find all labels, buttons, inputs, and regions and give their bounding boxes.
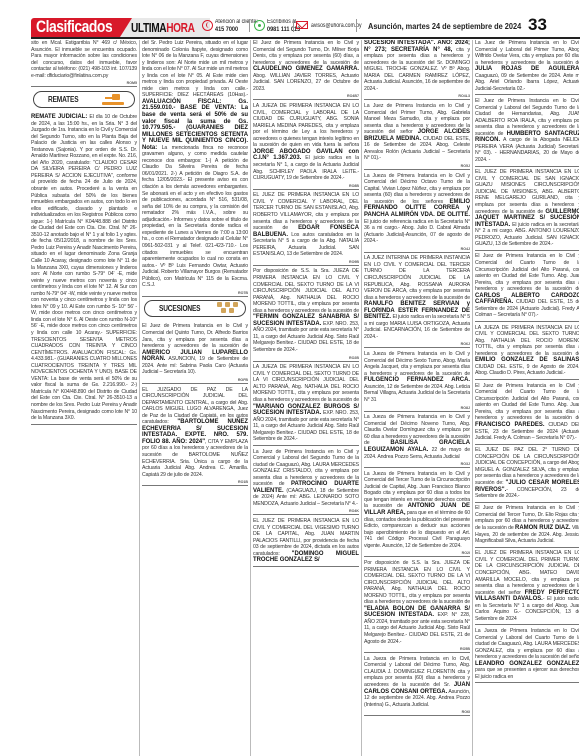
legal-notice: EL JUEZ DE PAZ DEL 2° TURNO DE CONCEPCIÓ…: [475, 447, 579, 499]
notice-text: Abog. WILLIAN JAVIER TORRES, Actuario Ju…: [253, 73, 359, 92]
notice-text: Asunción, 12 de Setiembre de 2024. Abg. …: [364, 384, 470, 403]
legal-notice: La Jueza de Primera Instancia en lo Civi…: [364, 414, 470, 460]
notice-divider: [475, 444, 579, 445]
legal-notice: EL JUEZ DE PRIMERA INSTANCIA EN LO CIVIL…: [253, 518, 359, 564]
legal-notice: LA JUEZA DE PRIMERA INSTANCIA EN LO CIVI…: [253, 364, 359, 443]
notice-reference-code: RO6I: [364, 710, 470, 714]
notice-divider: [475, 547, 579, 548]
notice-divider: [364, 169, 470, 170]
notice-divider: [364, 347, 470, 348]
notice-divider: [475, 250, 579, 251]
notice-text: El Juez de Primera Instancia en lo Civil…: [475, 383, 579, 422]
notice-reference-code: RO1B: [142, 480, 248, 484]
gavel-icon: [102, 94, 126, 105]
notice-divider: [253, 99, 359, 100]
notice-text: La Jueza de Primera Instancia en lo Civi…: [475, 628, 579, 660]
notice-highlight: RAMON RUIZ DIAZ.: [515, 524, 570, 531]
notice-text: , CITA Y EMPLAZA por 60 días a los hered…: [142, 439, 248, 478]
notice-text: Caaguazú, 09 de Setiembre de 2024. Ante …: [475, 73, 579, 92]
notice-reference-code: RO8J: [364, 406, 470, 410]
legal-notice: La Juez de Primera Instancia en lo Civil…: [253, 449, 359, 508]
notice-text: CIUDAD DEL ESTE, 9 de Agosto de 2024.- A…: [475, 364, 579, 377]
legal-notice: EL JUEZ DE PRIMERA INSTANCIA EN LO CIVIL…: [475, 169, 579, 248]
legal-notice: La Jueza de Primera Instancia en lo Civi…: [364, 656, 470, 708]
notice-text: El Juez de Primera Instancia en lo Civil…: [253, 40, 359, 66]
legal-notice: La Juez de Primera Instancia en lo Civil…: [475, 40, 579, 92]
notice-divider: [475, 624, 579, 625]
notice-reference-code: RO4K: [253, 509, 359, 513]
notice-reference-code: ROM5: [31, 81, 137, 85]
notice-reference-code: RO6J: [364, 342, 470, 346]
logo-hora: HORA: [166, 20, 194, 35]
customer-service-contact: Atención al cliente: 415 7000: [215, 19, 258, 33]
notice-divider: [142, 383, 248, 384]
notice-reference-code: RO7B: [142, 291, 248, 295]
notice-divider: [142, 296, 248, 297]
logo-ultima: ULTIMA: [131, 20, 166, 35]
mail-icon: [296, 21, 308, 29]
column-divider: [250, 40, 251, 756]
legal-notice: LA JUEZ INTERINA DE PRIMERA INSTANCIA EN…: [364, 255, 470, 340]
notice-divider: [253, 361, 359, 362]
notice-divider: [364, 652, 470, 653]
legal-notice: El Juez de Primera Instancia en lo Civil…: [475, 253, 579, 318]
dateline: Asunción, martes 24 de septiembre de 202…: [368, 22, 521, 31]
notice-text: LA JUEZA DE PRIMERA INSTANCIA EN LO CIVI…: [475, 325, 579, 357]
legal-notice: EL JUZGADO DE PAZ DE LA CIRCUNSCRIPCIÓN …: [142, 387, 248, 479]
notice-text: sito en Mcal. Estigarribia N° 469 c/ Méx…: [31, 40, 137, 79]
notice-text: LA JUEZA DE PRIMERA INSTANCIA EN LO CIVI…: [253, 103, 359, 148]
page-header: Clasificados ULTIMAHORA Atención al clie…: [0, 0, 580, 29]
notice-reference-code: ROFB: [142, 378, 248, 382]
notice-highlight: REMATE JUDICIAL:: [31, 113, 87, 120]
notice-divider: [142, 485, 248, 486]
legal-notice: La Jueza de Primera Instancia en lo Civi…: [364, 173, 470, 245]
notice-reference-code: RO5B: [364, 647, 470, 651]
notice-text: La Juez de Primera Instancia en lo Civil…: [475, 40, 579, 66]
divider: [249, 19, 250, 32]
email-contact[interactable]: avisos@uhora.com.py: [311, 23, 362, 30]
notice-text: Por disposición de S.S. la Sra. JUEZA DE…: [253, 268, 359, 313]
notice-text: para que en el término de 60 días, conta…: [364, 510, 470, 549]
legal-notice: sito en Mcal. Estigarribia N° 469 c/ Méx…: [31, 40, 137, 79]
notice-divider: [253, 189, 359, 190]
notice-highlight: AVALUACIÓN FISCAL: Gs. 21.559.010.- BASE…: [142, 98, 248, 151]
legal-notice: Por disposición de S.S. la Sra. JUEZA DE…: [253, 268, 359, 353]
legal-notice: del Sr. Pedro Luiz Pereira, situado en e…: [142, 40, 248, 289]
notice-divider: [31, 86, 137, 87]
phone-label: Atención al cliente:: [215, 19, 258, 25]
legal-notice: La Jueza de Primera Instancia en lo Civi…: [364, 351, 470, 403]
notice-reference-code: RO4B7: [253, 94, 359, 98]
notice-text: El día 10 de Octubre de 2024, a las 15:0…: [31, 114, 137, 421]
column-2: del Sr. Pedro Luiz Pereira, situado en e…: [142, 40, 248, 756]
notice-reference-code: RO2I: [364, 551, 470, 555]
legal-notice: La Jueza de Primera Instancia en lo Civi…: [475, 628, 579, 680]
notice-highlight: FRANCISCO PAREDES.: [475, 421, 544, 428]
legal-notice: La Juez de Primera Instancia en lo Civil…: [364, 103, 470, 162]
notice-divider: [364, 715, 470, 716]
notice-divider: [475, 94, 579, 95]
notice-text: El Juez de Primera Instancia en lo Civil…: [142, 323, 248, 349]
notice-reference-code: RO3J: [364, 462, 470, 466]
legal-notice: Por disposición de S.S. la Sra. JUEZA DE…: [364, 560, 470, 645]
legal-notice: EL JUEZ DE PRIMERA INSTANCIA EN LO CIVIL…: [475, 550, 579, 622]
notice-divider: [475, 502, 579, 503]
notice-text: para que se presenten a ejercer sus dere…: [475, 667, 579, 680]
column-divider: [139, 40, 140, 756]
notice-divider: [253, 566, 359, 567]
notice-divider: [364, 411, 470, 412]
header-rule: [31, 37, 580, 39]
notice-reference-code: RO8B: [253, 184, 359, 188]
legal-notice: LA JUEZA DE PRIMERA INSTANCIA EN LO CIVI…: [253, 103, 359, 182]
legal-notice: La Jueza de Primera Instancia en lo Civi…: [364, 471, 470, 550]
notice-divider: [253, 514, 359, 515]
notice-highlight: FULGENCIO FERNANDEZ ARCA.: [364, 376, 470, 383]
section-title: Clasificados: [36, 16, 112, 38]
notice-divider: [475, 321, 579, 322]
phone-number: 415 7000: [215, 26, 258, 33]
legal-notice: El Juez de Primera Instancia en lo Civil…: [475, 505, 579, 544]
notice-text: del Sr. Pedro Luiz Pereira, situado en e…: [142, 40, 248, 98]
column-divider: [472, 40, 473, 756]
divider: [293, 19, 294, 32]
notice-divider: [364, 556, 470, 557]
notice-reference-code: RO4L3: [364, 94, 470, 98]
legal-notice: El Juez de Primera Instancia en lo Civil…: [253, 40, 359, 92]
legal-notice: SUCESIÓN INTESTADA". AÑO: 2024; N° 273; …: [364, 40, 470, 92]
legal-notice: EL JUEZ DE PRIMERA INSTANCIA EN LO CIVIL…: [253, 192, 359, 257]
notice-text: El juicio de referencia radica en la Sec…: [364, 219, 470, 245]
notice-reference-code: RO2B: [253, 356, 359, 360]
legal-notice: LA JUEZA DE PRIMERA INSTANCIA EN LO CIVI…: [475, 325, 579, 377]
notice-highlight: CLAUDELINO GIMENEZ GAMARRA.: [253, 65, 359, 72]
phone-icon: [202, 20, 213, 31]
column-3: El Juez de Primera Instancia en lo Civil…: [253, 40, 359, 756]
section-header-sucesiones: SUCESIONES: [144, 300, 246, 317]
column-5: La Juez de Primera Instancia en lo Civil…: [475, 40, 579, 756]
notice-divider: [364, 467, 470, 468]
newspaper-page: Clasificados ULTIMAHORA Atención al clie…: [0, 0, 580, 756]
notice-reference-code: RO5J: [364, 164, 470, 168]
notice-highlight: JULIA ROJAS DE AGUILERA.: [475, 65, 579, 72]
section-header-remates: REMATES: [33, 91, 135, 108]
notice-divider: [253, 445, 359, 446]
column-4: SUCESIÓN INTESTADA". AÑO: 2024; N° 273; …: [364, 40, 470, 756]
family-icon: [217, 302, 239, 314]
notice-text: LA JUEZA DE PRIMERA INSTANCIA EN LO CIVI…: [253, 364, 359, 403]
legal-notice: El Juez de Primera Instancia en lo Civil…: [475, 383, 579, 442]
notice-divider: [31, 424, 137, 425]
notice-highlight: LEANDRO GONZALEZ GONZALEZ,: [475, 660, 579, 667]
notice-text: La Jueza de Primera Instancia en lo Civi…: [364, 351, 470, 377]
column-1: sito en Mcal. Estigarribia N° 469 c/ Méx…: [31, 40, 137, 756]
notice-divider: [475, 379, 579, 380]
section-label: SUCESIONES: [159, 304, 200, 313]
notice-reference-code: RO9B: [253, 260, 359, 264]
notice-highlight: EMILIO GONZALEZ DE SALINAS.: [475, 356, 579, 363]
legal-notice: El Juez de Primera Instancia en lo Civil…: [475, 98, 579, 163]
page-number: 33: [528, 15, 547, 35]
section-label: REMATES: [48, 95, 78, 104]
legal-notice: REMATE JUDICIAL: El día 10 de Octubre de…: [31, 114, 137, 422]
notice-divider: [364, 99, 470, 100]
column-divider: [361, 40, 362, 756]
legal-notice: El Juez de Primera Instancia en lo Civil…: [142, 323, 248, 375]
notice-divider: [475, 166, 579, 167]
notice-text: La mencionada finca no reconoce gravamen…: [142, 145, 248, 288]
notice-text: El Juez de Primera Instancia en lo Civil…: [475, 253, 579, 292]
publication-logo: ULTIMAHORA: [131, 20, 195, 35]
notice-text: Por disposición de S.S. la Sra. JUEZA DE…: [364, 560, 470, 605]
notice-reference-code: RO4J: [364, 247, 470, 251]
divider: [356, 19, 357, 32]
notice-divider: [253, 265, 359, 266]
notice-divider: [364, 252, 470, 253]
notice-text: LA JUEZ INTERINA DE PRIMERA INSTANCIA EN…: [364, 255, 470, 300]
notice-divider: [475, 682, 579, 683]
whatsapp-label: Escríbinos al: [267, 19, 296, 25]
whatsapp-icon: [254, 20, 265, 31]
notice-text: cita y emplaza por sesenta días a herede…: [364, 47, 470, 92]
